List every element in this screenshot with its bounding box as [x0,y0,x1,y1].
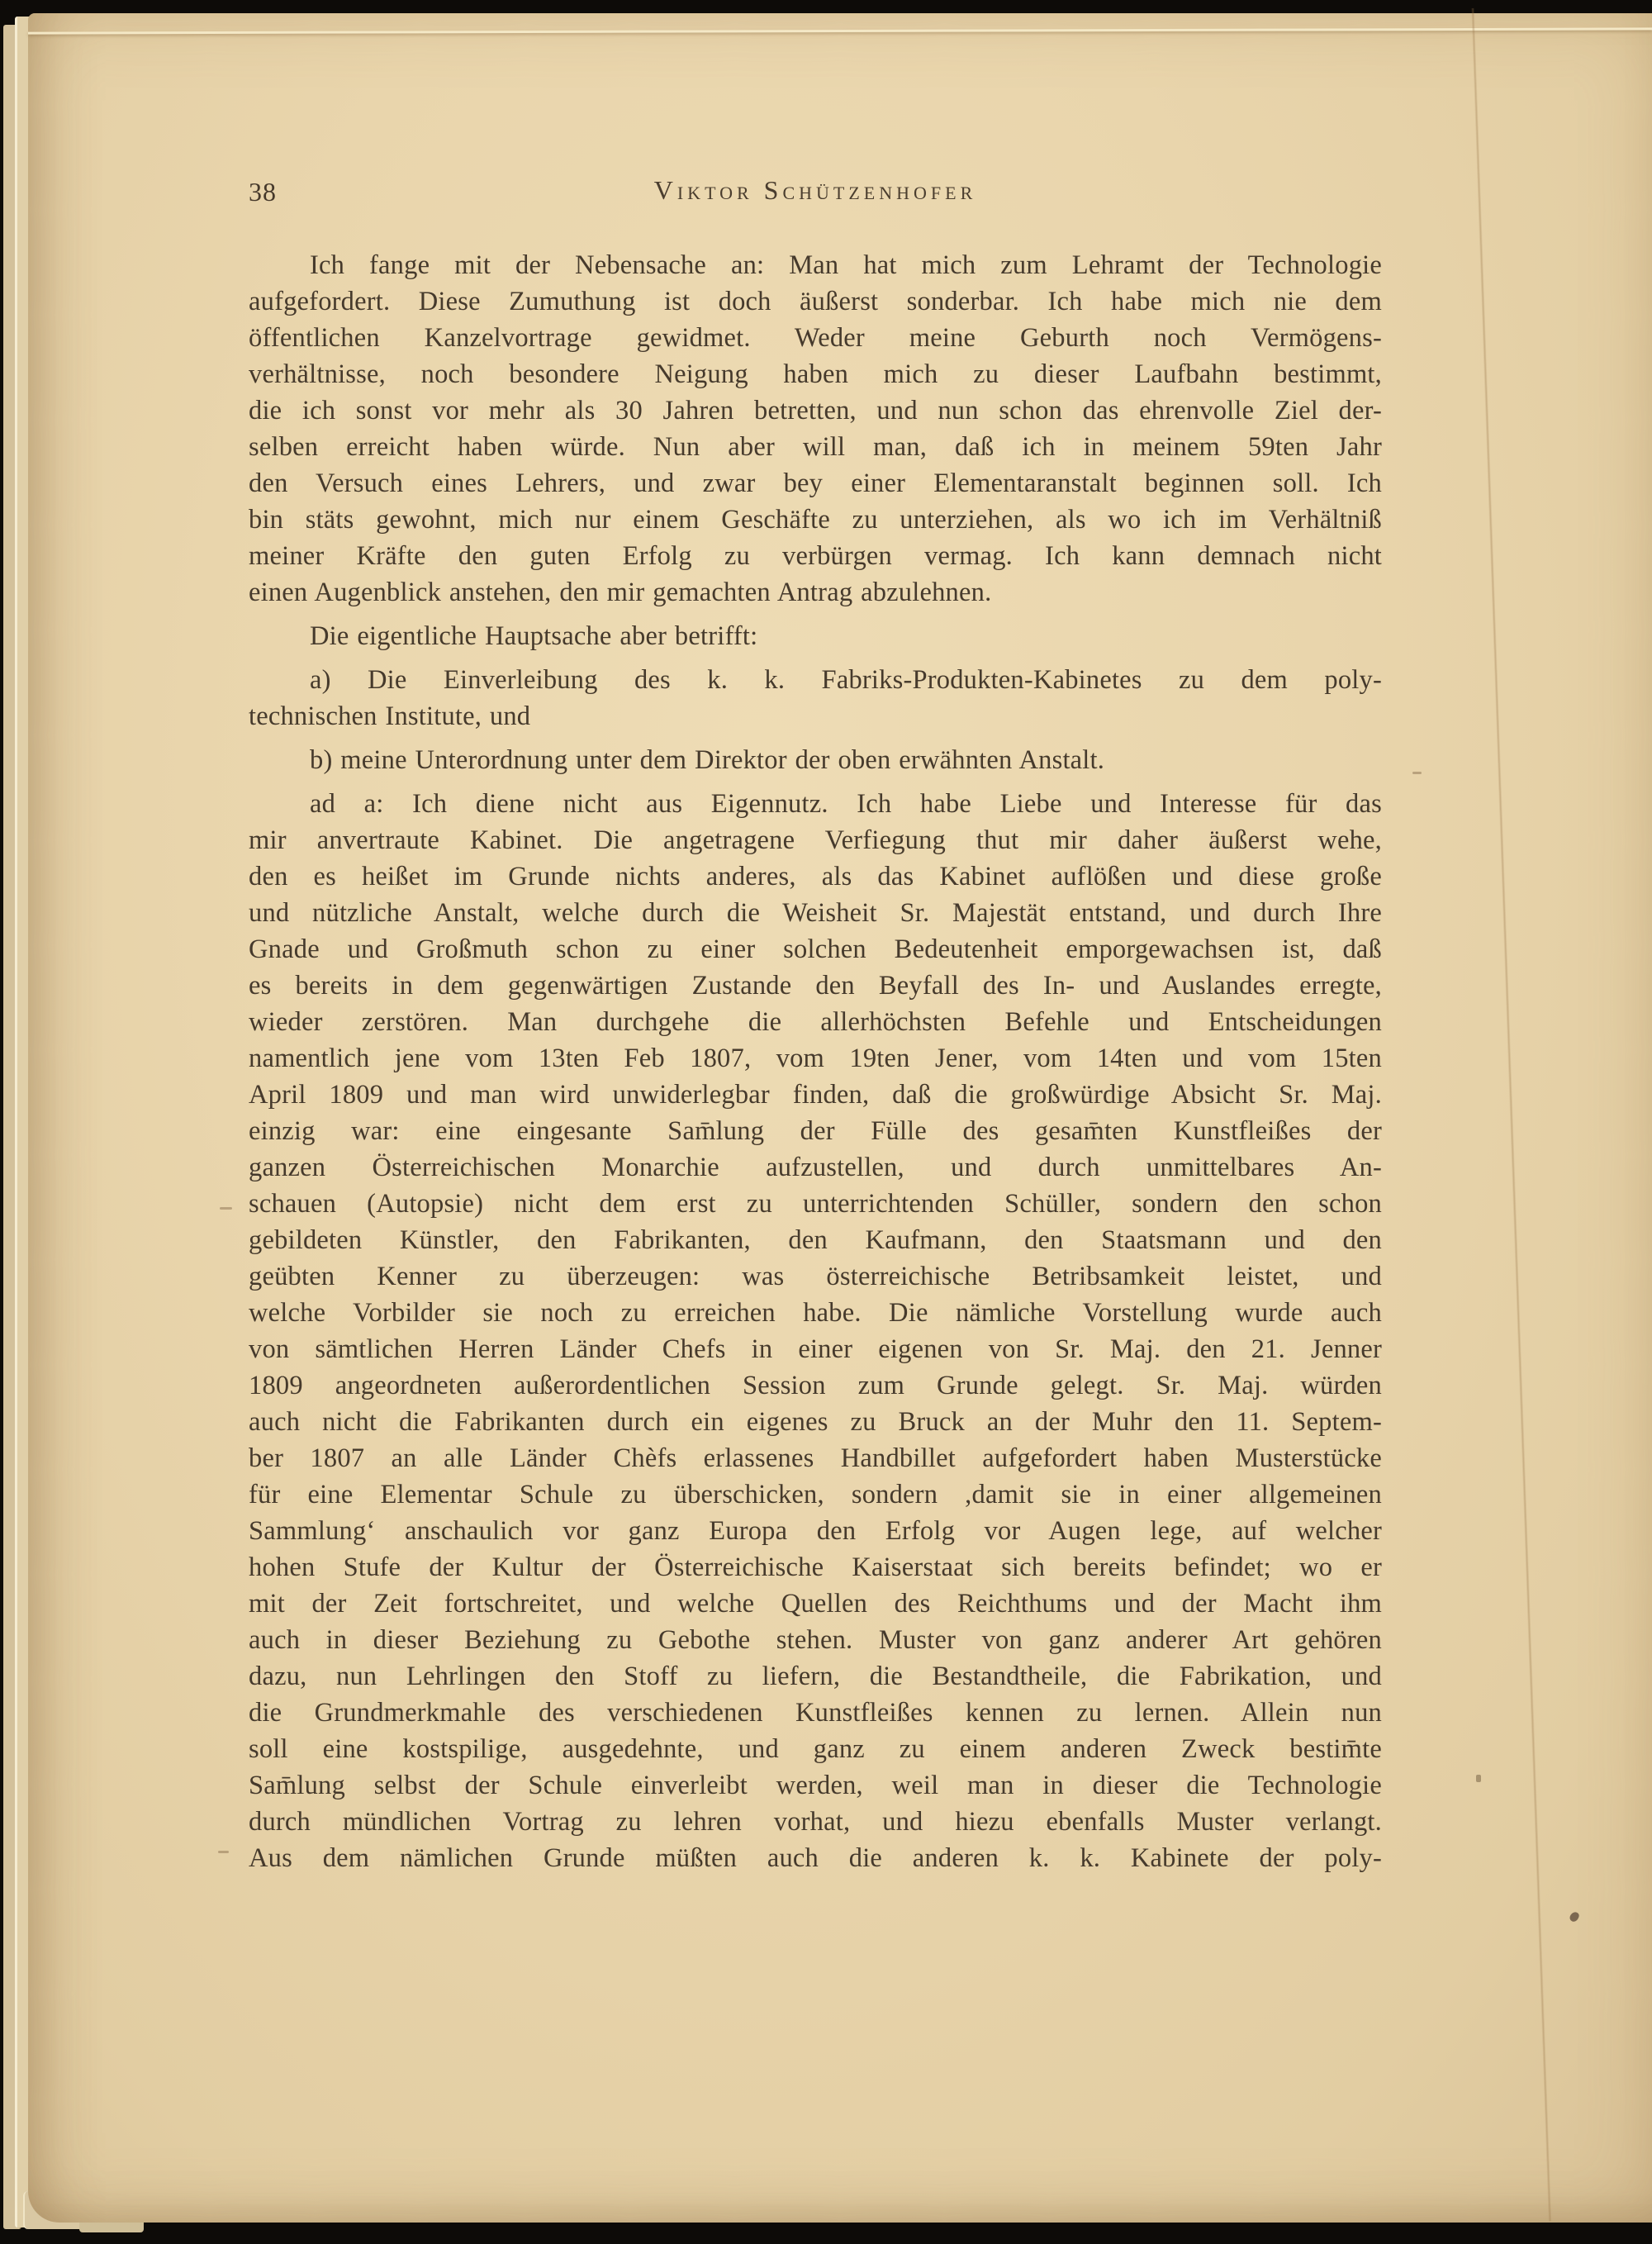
text-line: a) Die Einverleibung des k. k. Fabriks-P… [249,662,1382,698]
text-line: Sam̄lung selbst der Schule einverleibt w… [249,1767,1382,1804]
text-line: soll eine kostspilige, ausgedehnte, und … [249,1731,1382,1767]
page-header: 38 Viktor Schützenhofer [249,175,1382,212]
text-line: es bereits in dem gegenwärtigen Zustande… [249,967,1382,1004]
text-line: schauen (Autopsie) nicht dem erst zu unt… [249,1186,1382,1222]
text-line: von sämtlichen Herren Länder Chefs in ei… [249,1331,1382,1367]
text-line: einen Augenblick anstehen, den mir gemac… [249,574,1382,611]
text-line: mir anvertraute Kabinet. Die angetragene… [249,822,1382,858]
text-line: Gnade und Großmuth schon zu einer solche… [249,931,1382,967]
text-line: den Versuch eines Lehrers, und zwar bey … [249,465,1382,502]
text-line: b) meine Unterordnung unter dem Direktor… [249,742,1382,778]
text-line: hohen Stufe der Kultur der Österreichisc… [249,1549,1382,1586]
text-block: 38 Viktor Schützenhofer Ich fange mit de… [249,175,1382,1876]
text-line: gebildeten Künstler, den Fabrikanten, de… [249,1222,1382,1258]
pencil-mark [220,1207,232,1210]
text-line: Sammlung‘ anschaulich vor ganz Europa de… [249,1513,1382,1549]
pencil-mark [1476,1775,1481,1782]
text-line: bin stäts gewohnt, mich nur einem Geschä… [249,502,1382,538]
text-line: die Grundmerkmahle des verschiedenen Kun… [249,1695,1382,1731]
text-line: namentlich jene vom 13ten Feb 1807, vom … [249,1040,1382,1077]
paragraph: a) Die Einverleibung des k. k. Fabriks-P… [249,662,1382,735]
text-line: einzig war: eine eingesante Sam̄lung der… [249,1113,1382,1149]
text-line: öffentlichen Kanzelvortrage gewidmet. We… [249,320,1382,356]
text-line: durch mündlichen Vortrag zu lehren vorha… [249,1804,1382,1840]
text-line: verhältnisse, noch besondere Neigung hab… [249,356,1382,392]
text-line: welche Vorbilder sie noch zu erreichen h… [249,1295,1382,1331]
text-line: und nützliche Anstalt, welche durch die … [249,895,1382,931]
text-line: April 1809 und man wird unwiderlegbar fi… [249,1077,1382,1113]
text-line: Aus dem nämlichen Grunde müßten auch die… [249,1840,1382,1876]
paragraph: Die eigentliche Hauptsache aber betrifft… [249,618,1382,654]
scan-background: { "page": { "number": "38", "running_hea… [0,0,1652,2244]
text-line: dazu, nun Lehrlingen den Stoff zu liefer… [249,1658,1382,1695]
page-top-edge [28,27,1652,34]
text-line: technischen Institute, und [249,698,1382,735]
paragraph: ad a: Ich diene nicht aus Eigennutz. Ich… [249,786,1382,1876]
text-line: aufgefordert. Diese Zumuthung ist doch ä… [249,283,1382,320]
text-line: geübten Kenner zu überzeugen: was österr… [249,1258,1382,1295]
text-line: selben erreicht haben würde. Nun aber wi… [249,429,1382,465]
text-line: 1809 angeordneten außerordentlichen Sess… [249,1367,1382,1404]
text-line: mit der Zeit fortschreitet, und welche Q… [249,1586,1382,1622]
text-line: ganzen Österreichischen Monarchie aufzus… [249,1149,1382,1186]
text-line: die ich sonst vor mehr als 30 Jahren bet… [249,392,1382,429]
page-number: 38 [249,177,277,207]
running-head: Viktor Schützenhofer [249,175,1382,206]
text-line: auch in dieser Beziehung zu Gebothe steh… [249,1622,1382,1658]
text-line: auch nicht die Fabrikanten durch ein eig… [249,1404,1382,1440]
text-line: den es heißet im Grunde nichts anderes, … [249,858,1382,895]
text-line: Ich fange mit der Nebensache an: Man hat… [249,247,1382,283]
text-line: ber 1807 an alle Länder Chèfs erlassenes… [249,1440,1382,1476]
text-line: wieder zerstören. Man durchgehe die alle… [249,1004,1382,1040]
text-line: Die eigentliche Hauptsache aber betrifft… [249,618,1382,654]
text-line: meiner Kräfte den guten Erfolg zu verbür… [249,538,1382,574]
text-line: ad a: Ich diene nicht aus Eigennutz. Ich… [249,786,1382,822]
paragraph: Ich fange mit der Nebensache an: Man hat… [249,247,1382,611]
text-line: für eine Elementar Schule zu überschicke… [249,1476,1382,1513]
body-text: Ich fange mit der Nebensache an: Man hat… [249,247,1382,1876]
pencil-mark [1412,772,1422,774]
pencil-mark [218,1851,229,1853]
paragraph: b) meine Unterordnung unter dem Direktor… [249,742,1382,778]
